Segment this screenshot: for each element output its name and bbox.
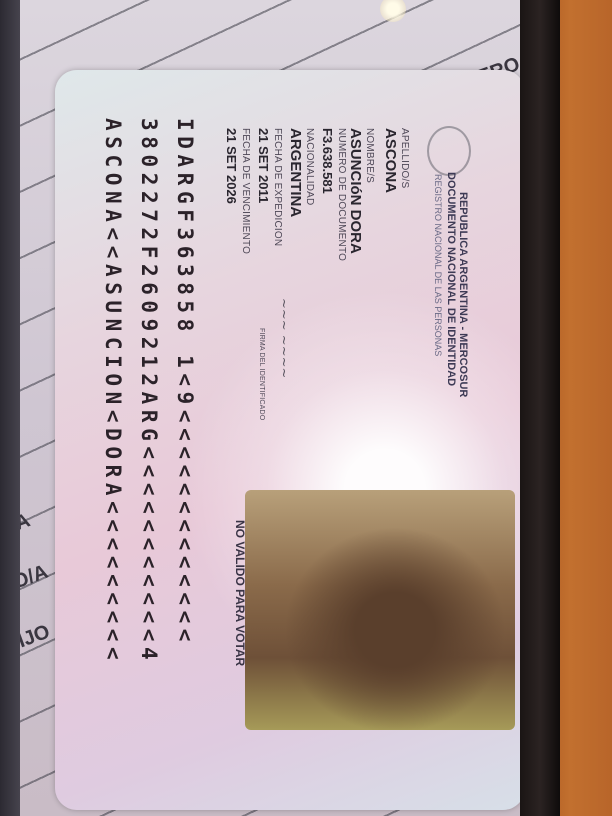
nationality-label: NACIONALIDAD: [304, 128, 315, 205]
issue-date-value: 21 SET 2011: [256, 128, 271, 203]
phone-bezel-right: [520, 0, 560, 816]
document-number-value: F3.638.581: [320, 128, 335, 194]
issue-date-label: FECHA DE EXPEDICION: [272, 128, 283, 246]
phone-screen: MERO D IA JO/A HIJO REPUBLICA ARGENTINA …: [20, 0, 525, 816]
mrz-line-1: IDARGF363858 1<9<<<<<<<<<<<<<: [173, 118, 197, 647]
id-card: REPUBLICA ARGENTINA - MERCOSUR DOCUMENTO…: [55, 70, 525, 810]
mrz-line-2: 3802272F2609212ARG<<<<<<<<<<<4: [137, 118, 161, 665]
document-number-label: NUMERO DE DOCUMENTO: [336, 128, 347, 261]
signature: ~~~ ~~~~: [276, 298, 291, 378]
expiry-date-label: FECHA DE VENCIMIENTO: [240, 128, 251, 254]
given-names-value: ASUNCIóN DORA: [347, 128, 364, 254]
surname-label: APELLIDO/S: [399, 128, 410, 188]
given-names-label: NOMBRE/S: [364, 128, 375, 183]
header-line-1: REPUBLICA ARGENTINA - MERCOSUR: [457, 192, 469, 397]
coat-of-arms-icon: [427, 126, 471, 176]
header-line-2: DOCUMENTO NACIONAL DE IDENTIDAD: [445, 172, 457, 386]
expiry-date-value: 21 SET 2026: [224, 128, 239, 204]
mrz-line-3: ASCONA<<ASUNCION<DORA<<<<<<<<<: [101, 118, 125, 665]
header-line-3: REGISTRO NACIONAL DE LAS PERSONAS: [433, 174, 443, 356]
holder-photo: [245, 490, 515, 730]
signature-label: FIRMA DEL IDENTIFICADO: [258, 328, 265, 420]
nationality-value: ARGENTINA: [287, 128, 304, 217]
surname-value: ASCONA: [382, 128, 399, 193]
